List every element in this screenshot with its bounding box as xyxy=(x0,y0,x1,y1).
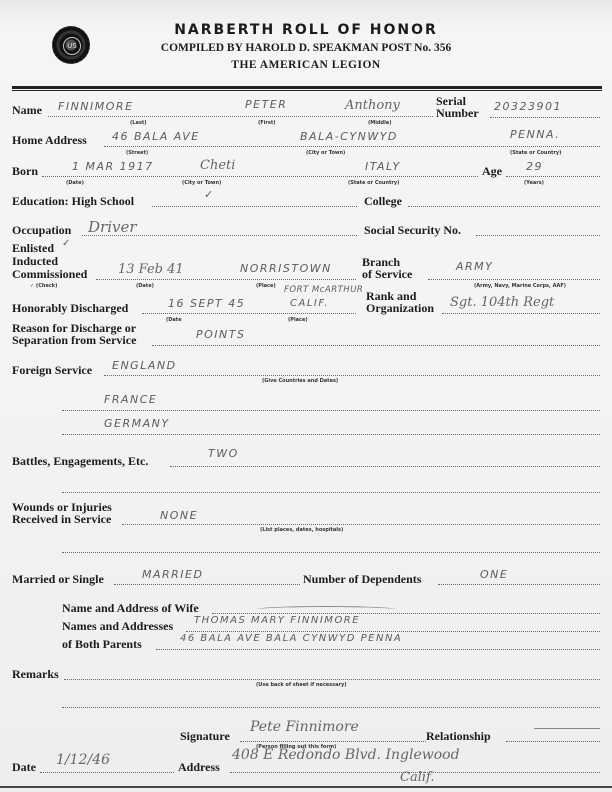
discharge-line xyxy=(142,313,356,314)
signature-line xyxy=(240,741,426,742)
branch-hint: (Army, Navy, Marine Corps, AAF) xyxy=(474,283,566,289)
discharge-reason-label-2: Separation from Service xyxy=(12,334,136,347)
date-line xyxy=(40,772,174,773)
foreign-service-line-3 xyxy=(62,434,600,435)
form-title: NARBERTH ROLL OF HONOR xyxy=(0,22,612,38)
address-value-2[interactable]: Calif. xyxy=(400,770,435,785)
education-label: Education: High School xyxy=(12,195,134,208)
home-address-label: Home Address xyxy=(12,134,87,147)
marital-value[interactable]: MARRIED xyxy=(142,568,203,581)
entry-date-value[interactable]: 13 Feb 41 xyxy=(118,262,184,277)
commissioned-label: Commissioned xyxy=(12,268,87,281)
parents-names-value[interactable]: THOMAS MARY FINNIMORE xyxy=(194,615,360,626)
home-state-hint: (State or Country) xyxy=(510,150,561,156)
born-country-hint: (State or Country) xyxy=(348,180,399,186)
address-label: Address xyxy=(178,761,220,774)
discharge-reason-line xyxy=(152,345,600,346)
form-organization: THE AMERICAN LEGION xyxy=(0,59,612,71)
wounds-line-1 xyxy=(122,524,600,525)
entry-place-value[interactable]: NORRISTOWN xyxy=(240,262,332,275)
discharge-place-value-1[interactable]: FORT McARTHUR xyxy=(284,285,363,295)
home-state-value[interactable]: PENNA. xyxy=(510,128,560,141)
age-value[interactable]: 29 xyxy=(526,160,543,173)
wife-dash-mark xyxy=(256,606,396,613)
social-security-line xyxy=(476,235,600,236)
serial-line xyxy=(490,117,600,118)
name-last-value[interactable]: FINNIMORE xyxy=(58,100,134,113)
name-label: Name xyxy=(12,104,42,117)
dependents-label: Number of Dependents xyxy=(303,573,421,586)
college-line xyxy=(408,206,600,207)
header-divider xyxy=(12,86,602,91)
entry-place-hint: (Place) xyxy=(256,283,276,289)
wounds-value[interactable]: NONE xyxy=(160,509,198,522)
remarks-label: Remarks xyxy=(12,668,59,681)
address-value-1[interactable]: 408 E Redondo Blvd. Inglewood xyxy=(232,747,460,763)
name-line xyxy=(48,116,433,117)
foreign-service-line-1 xyxy=(104,375,600,376)
born-date-hint: (Date) xyxy=(66,180,84,186)
serial-label-2: Number xyxy=(436,107,479,120)
home-address-line xyxy=(104,146,600,147)
occupation-label: Occupation xyxy=(12,224,71,237)
discharge-date-value[interactable]: 16 SEPT 45 xyxy=(168,297,245,310)
rank-value[interactable]: Sgt. 104th Regt xyxy=(450,295,554,310)
college-label: College xyxy=(364,195,402,208)
foreign-service-hint: (Give Countries and Dates) xyxy=(262,378,338,384)
relationship-dash-mark xyxy=(534,728,600,729)
home-street-hint: (Street) xyxy=(126,150,148,156)
born-city-value[interactable]: Cheti xyxy=(200,158,235,173)
relationship-line xyxy=(506,741,600,742)
high-school-check[interactable]: ✓ xyxy=(204,188,215,201)
marital-line xyxy=(114,584,300,585)
rank-label-2: Organization xyxy=(366,302,434,315)
foreign-service-line-2 xyxy=(62,410,600,411)
name-first-value[interactable]: PETER xyxy=(245,98,287,111)
parents-label-1: Names and Addresses xyxy=(62,620,173,633)
wounds-line-2 xyxy=(62,552,600,553)
high-school-line xyxy=(152,206,357,207)
wife-line xyxy=(212,613,600,614)
name-last-hint: (Last) xyxy=(130,120,147,126)
foreign-service-value-2[interactable]: FRANCE xyxy=(104,393,157,406)
battles-line-2 xyxy=(62,492,600,493)
foreign-service-value-3[interactable]: GERMANY xyxy=(104,417,170,430)
dependents-value[interactable]: ONE xyxy=(480,568,508,581)
discharge-date-hint: (Date xyxy=(166,317,182,323)
signature-label: Signature xyxy=(180,730,230,743)
date-label: Date xyxy=(12,761,36,774)
born-line xyxy=(42,176,478,177)
enlisted-check[interactable]: ✓ xyxy=(62,238,72,249)
born-date-value[interactable]: 1 MAR 1917 xyxy=(72,160,154,173)
parents-line-2 xyxy=(156,649,600,650)
age-label: Age xyxy=(482,165,502,178)
branch-line xyxy=(428,279,600,280)
age-hint: (Years) xyxy=(524,180,544,186)
signature-value[interactable]: Pete Finnimore xyxy=(250,719,359,735)
name-middle-hint: (Middle) xyxy=(368,120,392,126)
remarks-hint: (Use back of sheet if necessary) xyxy=(256,682,347,688)
marital-label: Married or Single xyxy=(12,573,104,586)
age-line xyxy=(506,176,600,177)
serial-number-value[interactable]: 20323901 xyxy=(494,100,562,113)
rank-line xyxy=(442,313,600,314)
foreign-service-label: Foreign Service xyxy=(12,364,92,377)
footer-divider xyxy=(0,786,612,788)
name-first-hint: (First) xyxy=(258,120,276,126)
wounds-hint: (List places, dates, hospitals) xyxy=(260,527,343,533)
parents-label-2: of Both Parents xyxy=(62,638,142,651)
entry-date-hint: (Date) xyxy=(136,283,154,289)
social-security-label: Social Security No. xyxy=(364,224,461,237)
born-label: Born xyxy=(12,165,38,178)
born-country-value[interactable]: ITALY xyxy=(365,160,401,173)
born-city-hint: (City or Town) xyxy=(182,180,221,186)
discharge-label: Honorably Discharged xyxy=(12,302,128,315)
name-middle-value[interactable]: Anthony xyxy=(345,98,400,113)
remarks-line-1 xyxy=(64,679,600,680)
parents-address-value[interactable]: 46 BALA AVE BALA CYNWYD PENNA xyxy=(180,633,402,644)
relationship-label: Relationship xyxy=(426,730,491,743)
remarks-line-2 xyxy=(62,707,600,708)
discharge-place-value-2[interactable]: CALIF. xyxy=(290,298,329,309)
discharge-place-hint: (Place) xyxy=(288,317,308,323)
discharge-reason-value[interactable]: POINTS xyxy=(196,328,245,341)
occupation-value[interactable]: Driver xyxy=(88,218,137,236)
wounds-label-2: Received in Service xyxy=(12,513,111,526)
dependents-line xyxy=(438,584,600,585)
home-city-value[interactable]: BALA-CYNWYD xyxy=(300,130,398,143)
branch-label-2: of Service xyxy=(362,268,412,281)
home-street-value[interactable]: 46 BALA AVE xyxy=(112,130,200,143)
parents-line-1 xyxy=(186,631,600,632)
form-subtitle: COMPILED BY HAROLD D. SPEAKMAN POST No. … xyxy=(0,42,612,54)
date-value[interactable]: 1/12/46 xyxy=(56,752,110,768)
battles-label: Battles, Engagements, Etc. xyxy=(12,455,148,468)
wife-label: Name and Address of Wife xyxy=(62,602,199,615)
honor-roll-form: US NARBERTH ROLL OF HONOR COMPILED BY HA… xyxy=(0,0,612,792)
entry-check-hint: ✓ (Check) xyxy=(30,283,57,289)
battles-value[interactable]: TWO xyxy=(208,447,239,460)
branch-value[interactable]: ARMY xyxy=(456,260,493,273)
home-city-hint: (City or Town) xyxy=(306,150,345,156)
foreign-service-value-1[interactable]: ENGLAND xyxy=(112,359,177,372)
battles-line-1 xyxy=(170,466,600,467)
entry-line xyxy=(96,279,356,280)
